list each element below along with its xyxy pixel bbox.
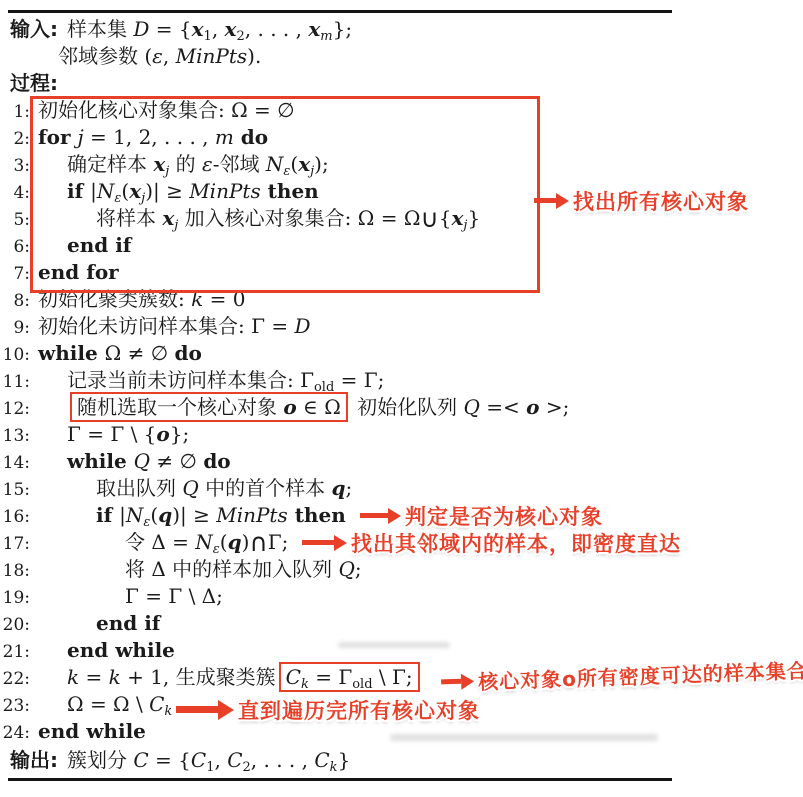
text-segment: Q bbox=[134, 449, 150, 473]
text-segment: 初始化队列 bbox=[351, 395, 464, 419]
line-number: 15: bbox=[0, 477, 30, 504]
text-segment: 1 bbox=[204, 29, 212, 44]
text-segment: 将 Δ 中的样本加入队列 bbox=[125, 557, 339, 581]
line-number: 13: bbox=[0, 423, 30, 450]
input-expression: 样本集 D = {x1, x2, . . . , xm}; bbox=[67, 17, 352, 41]
text-segment: while bbox=[38, 341, 105, 365]
indent-spacer bbox=[30, 682, 67, 684]
param-line: 邻域参数 (ε, MinPts). bbox=[0, 43, 803, 70]
text-segment: Γ = Γ \ Δ; bbox=[125, 584, 223, 608]
line-number: 21: bbox=[0, 639, 30, 666]
text-segment: D bbox=[294, 314, 310, 338]
text-segment: ). bbox=[247, 44, 261, 68]
text-segment: = { bbox=[149, 748, 191, 772]
text-segment: Γ = Γ \ { bbox=[67, 422, 156, 446]
code-line-14: 14:while Q ≠ ∅ do bbox=[0, 448, 803, 475]
code-line-20: 20:end if bbox=[0, 610, 803, 637]
text-segment: 样本集 bbox=[67, 17, 133, 41]
line-number: 4: bbox=[0, 180, 30, 207]
output-line: 输出:簇划分 C = {C1, C2, . . . , Ck} bbox=[0, 745, 803, 775]
line-number: 24: bbox=[0, 720, 30, 747]
input-label: 输入: bbox=[10, 17, 58, 41]
line-number: 11: bbox=[0, 369, 30, 396]
indent-spacer bbox=[30, 547, 125, 549]
text-segment: then bbox=[288, 503, 346, 527]
process-label: 过程: bbox=[10, 71, 58, 95]
text-segment: C bbox=[286, 665, 301, 689]
text-segment: 簇划分 bbox=[67, 748, 133, 772]
process-line: 过程: bbox=[0, 70, 803, 97]
line-number: 9: bbox=[0, 315, 30, 342]
line-number: 12: bbox=[0, 396, 30, 423]
top-rule bbox=[8, 10, 672, 13]
text-segment: old bbox=[352, 677, 372, 692]
line-number: 7: bbox=[0, 261, 30, 288]
text-segment: N bbox=[195, 530, 213, 554]
line-number: 19: bbox=[0, 585, 30, 612]
annotation-label: 找出其邻域内的样本，即密度直达 bbox=[351, 528, 681, 558]
text-segment: ( bbox=[220, 530, 228, 554]
text-segment: k bbox=[67, 665, 79, 689]
text-segment: o bbox=[156, 422, 169, 446]
text-segment: C bbox=[133, 748, 148, 772]
text-segment: ; bbox=[345, 476, 352, 500]
output-expression: 簇划分 C = {C1, C2, . . . , Ck} bbox=[67, 748, 350, 772]
text-segment: 2 bbox=[236, 29, 244, 44]
text-segment: MinPts bbox=[176, 44, 248, 68]
text-segment: D bbox=[133, 17, 149, 41]
text-segment: q bbox=[158, 503, 172, 527]
text-segment: end while bbox=[38, 719, 146, 743]
indent-spacer bbox=[30, 709, 67, 711]
annotation-judge-core-object: 判定是否为核心对象 bbox=[360, 502, 603, 529]
text-segment: do bbox=[174, 341, 201, 365]
annotation-until-all-core-objects-visited: 直到遍历完所有核心对象 bbox=[176, 696, 480, 723]
line-number: 20: bbox=[0, 612, 30, 639]
code-line-13: 13:Γ = Γ \ {o}; bbox=[0, 421, 803, 448]
text-segment: , . . . , bbox=[251, 748, 315, 772]
indent-spacer bbox=[30, 439, 67, 441]
text-segment: ∈ Ω bbox=[297, 395, 341, 419]
text-segment: = Γ bbox=[309, 665, 352, 689]
text-segment: | bbox=[119, 503, 126, 527]
text-segment: C bbox=[314, 748, 329, 772]
text-segment: = Γ; bbox=[334, 368, 384, 392]
text-segment: m bbox=[320, 29, 332, 44]
text-segment: k bbox=[301, 677, 309, 692]
text-segment: >; bbox=[540, 395, 570, 419]
text-segment: Ω = Ω \ bbox=[67, 692, 149, 716]
text-segment: q bbox=[228, 530, 242, 554]
text-segment: Γ; bbox=[268, 530, 289, 554]
text-segment: ε bbox=[152, 44, 163, 68]
indent-spacer bbox=[30, 655, 67, 657]
text-segment: ∩ bbox=[249, 528, 267, 557]
param-expression: 邻域参数 (ε, MinPts). bbox=[58, 44, 261, 68]
text-segment: }; bbox=[333, 17, 352, 41]
text-segment: , bbox=[212, 17, 225, 41]
indent-spacer bbox=[30, 412, 67, 414]
text-segment: end while bbox=[67, 638, 175, 662]
line-number: 8: bbox=[0, 288, 30, 315]
line-number: 1: bbox=[0, 99, 30, 126]
text-segment: o bbox=[526, 395, 539, 419]
line-number: 5: bbox=[0, 207, 30, 234]
text-segment: 随机选取一个核心对象 bbox=[77, 395, 283, 419]
code-line-15: 15:取出队列 Q 中的首个样本 q; bbox=[0, 475, 803, 502]
indent-spacer bbox=[30, 466, 67, 468]
input-line: 输入:样本集 D = {x1, x2, . . . , xm}; bbox=[0, 16, 803, 43]
text-segment: x bbox=[225, 17, 237, 41]
text-segment: 初始化未访问样本集合: Γ = bbox=[38, 314, 294, 338]
line-number: 18: bbox=[0, 558, 30, 585]
text-segment: C bbox=[191, 748, 206, 772]
code-line-18: 18:将 Δ 中的样本加入队列 Q; bbox=[0, 556, 803, 583]
arrow-right-icon bbox=[441, 679, 461, 685]
red-highlight-box: Ck = Γold \ Γ; bbox=[279, 662, 420, 692]
algorithm-page: 输入:样本集 D = {x1, x2, . . . , xm}; 邻域参数 (ε… bbox=[0, 0, 803, 797]
text-segment: Q bbox=[464, 395, 480, 419]
indent-spacer bbox=[30, 304, 38, 306]
text-segment: q bbox=[331, 476, 345, 500]
text-segment: Ω ≠ ∅ bbox=[105, 341, 175, 365]
arrow-right-icon bbox=[176, 706, 218, 713]
text-segment: + 1, 生成聚类簇 bbox=[121, 665, 276, 689]
code-line-11: 11:记录当前未访问样本集合: Γold = Γ; bbox=[0, 367, 803, 394]
scan-smudge bbox=[338, 642, 450, 648]
line-number: 10: bbox=[0, 342, 30, 369]
line-number: 14: bbox=[0, 450, 30, 477]
text-segment: }; bbox=[170, 422, 189, 446]
text-segment: Q bbox=[339, 557, 355, 581]
text-segment: C bbox=[149, 692, 164, 716]
arrow-right-icon bbox=[534, 198, 556, 203]
text-segment: x bbox=[308, 17, 320, 41]
text-segment: = bbox=[79, 665, 108, 689]
text-segment: )| ≥ bbox=[172, 503, 216, 527]
indent-spacer bbox=[30, 520, 96, 522]
annotation-label: 直到遍历完所有核心对象 bbox=[238, 695, 480, 725]
arrow-right-icon bbox=[360, 513, 388, 518]
text-segment: N bbox=[126, 503, 144, 527]
indent-spacer bbox=[30, 493, 96, 495]
text-segment: ε bbox=[213, 542, 220, 557]
line-number: 22: bbox=[0, 666, 30, 693]
text-segment: k bbox=[164, 704, 172, 719]
indent-spacer bbox=[30, 601, 125, 603]
indent-spacer bbox=[30, 385, 67, 387]
text-segment: \ Γ; bbox=[373, 665, 413, 689]
code-line-10: 10:while Ω ≠ ∅ do bbox=[0, 340, 803, 367]
text-segment: if bbox=[96, 503, 119, 527]
line-number: 6: bbox=[0, 234, 30, 261]
annotation-find-all-core-objects: 找出所有核心对象 bbox=[534, 187, 749, 214]
text-segment: while bbox=[67, 449, 134, 473]
text-segment: 记录当前未访问样本集合: Γ bbox=[67, 368, 314, 392]
text-segment: , . . . , bbox=[245, 17, 309, 41]
line-number: 16: bbox=[0, 504, 30, 531]
indent-spacer bbox=[30, 358, 38, 360]
text-segment: , bbox=[214, 748, 227, 772]
text-segment: k bbox=[109, 665, 121, 689]
text-segment: } bbox=[338, 748, 351, 772]
code-line-19: 19:Γ = Γ \ Δ; bbox=[0, 583, 803, 610]
bottom-rule bbox=[8, 778, 672, 781]
text-segment: 2 bbox=[243, 760, 251, 775]
text-segment: C bbox=[227, 748, 242, 772]
annotation-label: 判定是否为核心对象 bbox=[405, 501, 603, 531]
text-segment: 中的首个样本 bbox=[199, 476, 332, 500]
text-segment: , bbox=[163, 44, 176, 68]
line-number: 2: bbox=[0, 126, 30, 153]
line-number: 17: bbox=[0, 531, 30, 558]
text-segment: =< bbox=[480, 395, 526, 419]
text-segment: 取出队列 bbox=[96, 476, 182, 500]
code-line-12: 12:随机选取一个核心对象 o ∈ Ω 初始化队列 Q =< o >; bbox=[0, 394, 803, 421]
arrow-right-icon bbox=[302, 540, 334, 545]
code-line-9: 9:初始化未访问样本集合: Γ = D bbox=[0, 313, 803, 340]
text-segment: do bbox=[203, 449, 230, 473]
text-segment: MinPts bbox=[216, 503, 288, 527]
text-segment: ; bbox=[355, 557, 362, 581]
text-segment: Q bbox=[182, 476, 198, 500]
red-box-find-core-objects bbox=[30, 96, 540, 293]
red-highlight-box: 随机选取一个核心对象 o ∈ Ω bbox=[70, 392, 348, 422]
output-label: 输出: bbox=[10, 748, 58, 772]
annotation-neighborhood-samples: 找出其邻域内的样本，即密度直达 bbox=[302, 529, 681, 556]
indent-spacer bbox=[30, 736, 38, 738]
text-segment: end if bbox=[96, 611, 160, 635]
indent-spacer bbox=[30, 628, 96, 630]
text-segment: ≠ ∅ bbox=[150, 449, 203, 473]
text-segment: o bbox=[283, 395, 296, 419]
text-segment: x bbox=[192, 17, 204, 41]
text-segment: k bbox=[330, 760, 338, 775]
text-segment: = { bbox=[149, 17, 191, 41]
text-segment: 邻域参数 ( bbox=[58, 44, 152, 68]
scan-smudge bbox=[390, 734, 658, 741]
annotation-label: 找出所有核心对象 bbox=[573, 186, 749, 216]
indent-spacer bbox=[30, 331, 38, 333]
line-number: 3: bbox=[0, 153, 30, 180]
indent-spacer bbox=[30, 574, 125, 576]
text-segment: 令 Δ = bbox=[125, 530, 195, 554]
line-number: 23: bbox=[0, 693, 30, 720]
